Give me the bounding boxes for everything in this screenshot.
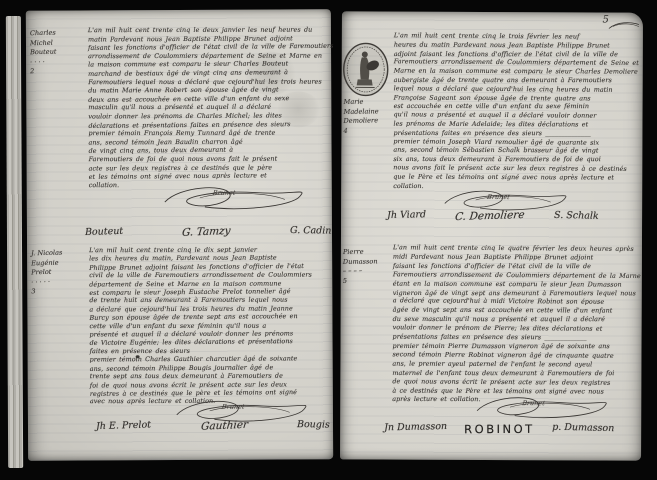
- handwritten-line: Pierre: [343, 247, 395, 257]
- signature: G. Cadin: [289, 225, 331, 237]
- paraph-name: Brunet: [486, 193, 510, 201]
- margin-note-act-4: MarieMadelaineDemoliere4: [343, 97, 395, 135]
- handwritten-line: L'an mil huit cent trente cinq le quatre…: [393, 243, 637, 254]
- handwritten-line: Marie: [344, 97, 396, 107]
- handwritten-line: L'an mil huit cent trente cinq le dix se…: [89, 246, 327, 255]
- signature-row: BouteutG. TamzyG. Cadin: [85, 225, 331, 238]
- handwritten-line: L'an mil huit cent trente cinq le trois …: [394, 31, 638, 42]
- handwritten-line: cette ville d'un enfant du sexe féminin …: [89, 321, 327, 330]
- handwritten-line: Faremoutiers de foi de quoi nous avons f…: [89, 154, 327, 163]
- handwritten-line: Faremoutiers arrondissement de Coulommie…: [393, 270, 637, 281]
- act-body-3: L'an mil huit cent trente cinq le dix se…: [89, 245, 328, 406]
- paraph-name: Brunet: [221, 403, 245, 411]
- handwritten-line: civil de la ville de Faremoutiers arrond…: [89, 271, 327, 280]
- register-scan: CharlesMichelBouteut· · · ·2 L'an mil hu…: [0, 0, 657, 480]
- signature: Gauthier: [200, 419, 248, 433]
- paraph-signature: Brunet: [145, 181, 315, 216]
- handwritten-line: Bouteut: [30, 47, 78, 58]
- handwritten-line: 5: [343, 276, 395, 286]
- handwritten-line: nous avons fait le présent acte sur les …: [393, 163, 637, 174]
- signature-row: Jh ViardC. DemoliereS. Schalk: [387, 210, 599, 223]
- handwritten-line: Demoliere: [343, 116, 395, 126]
- signature: Jn Dumasson: [384, 421, 447, 433]
- left-page: CharlesMichelBouteut· · · ·2 L'an mil hu…: [26, 9, 333, 461]
- signature: p. Dumasson: [552, 422, 614, 434]
- signature: Bouteut: [85, 226, 124, 238]
- handwritten-line: 4: [343, 126, 395, 136]
- paraph-signature: Brunet: [458, 392, 618, 425]
- handwritten-line: maternel de l'enfant tous deux demeurant…: [392, 369, 636, 378]
- handwritten-line: midi Pardevant nous Jean Baptiste Philip…: [393, 252, 637, 262]
- signature: ROBINOT: [464, 422, 535, 436]
- handwritten-line: ans, le premier ayeul paternel de l'enfa…: [392, 359, 636, 369]
- signature: Jh E. Prelot: [96, 419, 151, 432]
- revenue-stamp-icon: [342, 41, 390, 101]
- handwritten-line: – – – –: [343, 266, 395, 276]
- right-page: 5 MarieMadelaineDemoliere4 L'an mil huit…: [340, 11, 643, 460]
- act-body-5: L'an mil huit cent trente cinq le quatre…: [392, 244, 637, 405]
- book-page-stack-edge: [6, 16, 23, 468]
- signature: S. Schalk: [554, 210, 599, 222]
- handwritten-line: heures du matin Pardevant nous Jean Bapt…: [394, 40, 638, 50]
- handwritten-line: masculin qu'il nous a présenté et auquel…: [88, 103, 326, 112]
- handwritten-line: étant en la maison commune est comparu l…: [393, 279, 637, 289]
- handwritten-line: second témoin Pierre Robinot vigneron âg…: [392, 350, 636, 361]
- signature-row: Jh E. PrelotGauthierBougis: [96, 419, 330, 432]
- signature: Bougis: [297, 419, 330, 430]
- handwritten-line: faites en présence des sieurs: [90, 346, 328, 355]
- handwritten-line: Faremoutiers lequel nous a déclaré que c…: [88, 77, 326, 86]
- signature: G. Tamzy: [181, 225, 231, 239]
- handwritten-line: de quoi nous avons écrit le présent acte…: [392, 377, 636, 388]
- handwritten-line: Charles: [30, 28, 78, 39]
- signature: Jh Viard: [387, 209, 426, 221]
- handwritten-line: de trente huit ans demeurant à Faremouti…: [89, 296, 327, 305]
- handwritten-line: 2: [30, 66, 78, 77]
- paraph-name: Brunet: [522, 399, 546, 407]
- paraph-name: Brunet: [212, 189, 236, 197]
- handwritten-line: trente sept ans tous deux demeurant à Fa…: [90, 372, 328, 381]
- act-body-2: L'an mil huit cent trente cinq le deux j…: [88, 25, 327, 190]
- handwritten-line: 3: [31, 286, 83, 297]
- handwritten-line: premier témoin Joseph Viard remoulier âg…: [393, 137, 637, 148]
- margin-note-act-5: PierreDumasson– – – –5: [343, 247, 395, 285]
- signature: C. Demoliere: [455, 209, 526, 223]
- handwritten-line: que le Père et les témoins ont signé ave…: [393, 172, 637, 182]
- handwritten-line: premier témoin François Remy Tunnard âgé…: [88, 129, 326, 138]
- signature-flourish-icon: [145, 181, 315, 216]
- margin-note-act-3: J. NicolasEugéniePrelot· · · · ·3: [31, 249, 83, 297]
- margin-note-act-2: CharlesMichelBouteut· · · ·2: [30, 29, 78, 77]
- handwritten-line: arrondissement de Coulommiers départemen…: [88, 51, 326, 60]
- handwritten-line: présentations faites en présence des sie…: [393, 129, 637, 138]
- act-body-4: L'an mil huit cent trente cinq le trois …: [393, 32, 638, 191]
- signature-row: Jn DumassonROBINOTp. Dumasson: [384, 422, 614, 437]
- signature-flourish-icon: [458, 392, 618, 425]
- handwritten-line: L'an mil huit cent trente cinq le deux j…: [88, 26, 326, 35]
- handwritten-line: lequel nous a déclaré que cejourd'hui le…: [394, 84, 638, 95]
- handwritten-line: les prénoms de Marie Adelaide; les dites…: [393, 120, 637, 130]
